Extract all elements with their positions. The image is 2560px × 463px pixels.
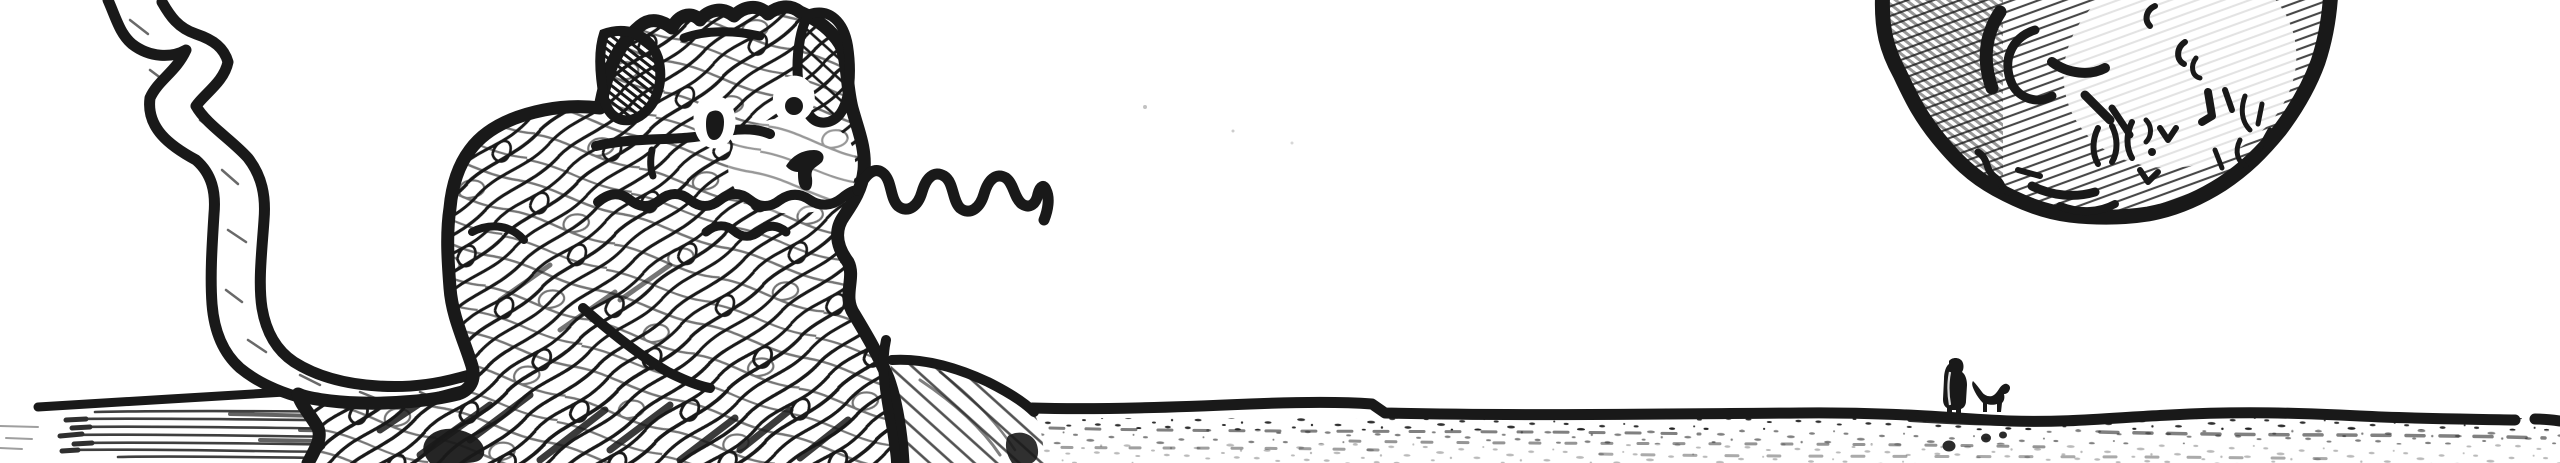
- rock-base: [885, 355, 1050, 463]
- dust-specks: [1143, 105, 1294, 145]
- left-ear: [600, 31, 660, 120]
- right-pupil: [785, 97, 803, 115]
- pebble: [1943, 441, 1956, 452]
- tail-fill: [108, 0, 478, 406]
- tail-edge-upper: [108, 0, 476, 406]
- tail: [108, 0, 478, 406]
- speck: [1232, 130, 1235, 133]
- ink-drawing: [0, 0, 2560, 463]
- pebble: [1999, 432, 2007, 439]
- tiny-person: [1943, 358, 1967, 416]
- speck: [1143, 105, 1147, 109]
- moon: [1878, 0, 2338, 230]
- speck: [1291, 142, 1294, 145]
- drawing-svg: [0, 0, 2560, 463]
- mouth-squiggle: [858, 171, 1048, 220]
- cheek-mark: [651, 150, 653, 176]
- pebble: [1981, 434, 1991, 443]
- beach-faint-dashes: [0, 426, 38, 449]
- tiny-dog: [1972, 381, 2010, 412]
- horizon-left: [38, 391, 302, 407]
- sand-stipple: [950, 418, 2560, 463]
